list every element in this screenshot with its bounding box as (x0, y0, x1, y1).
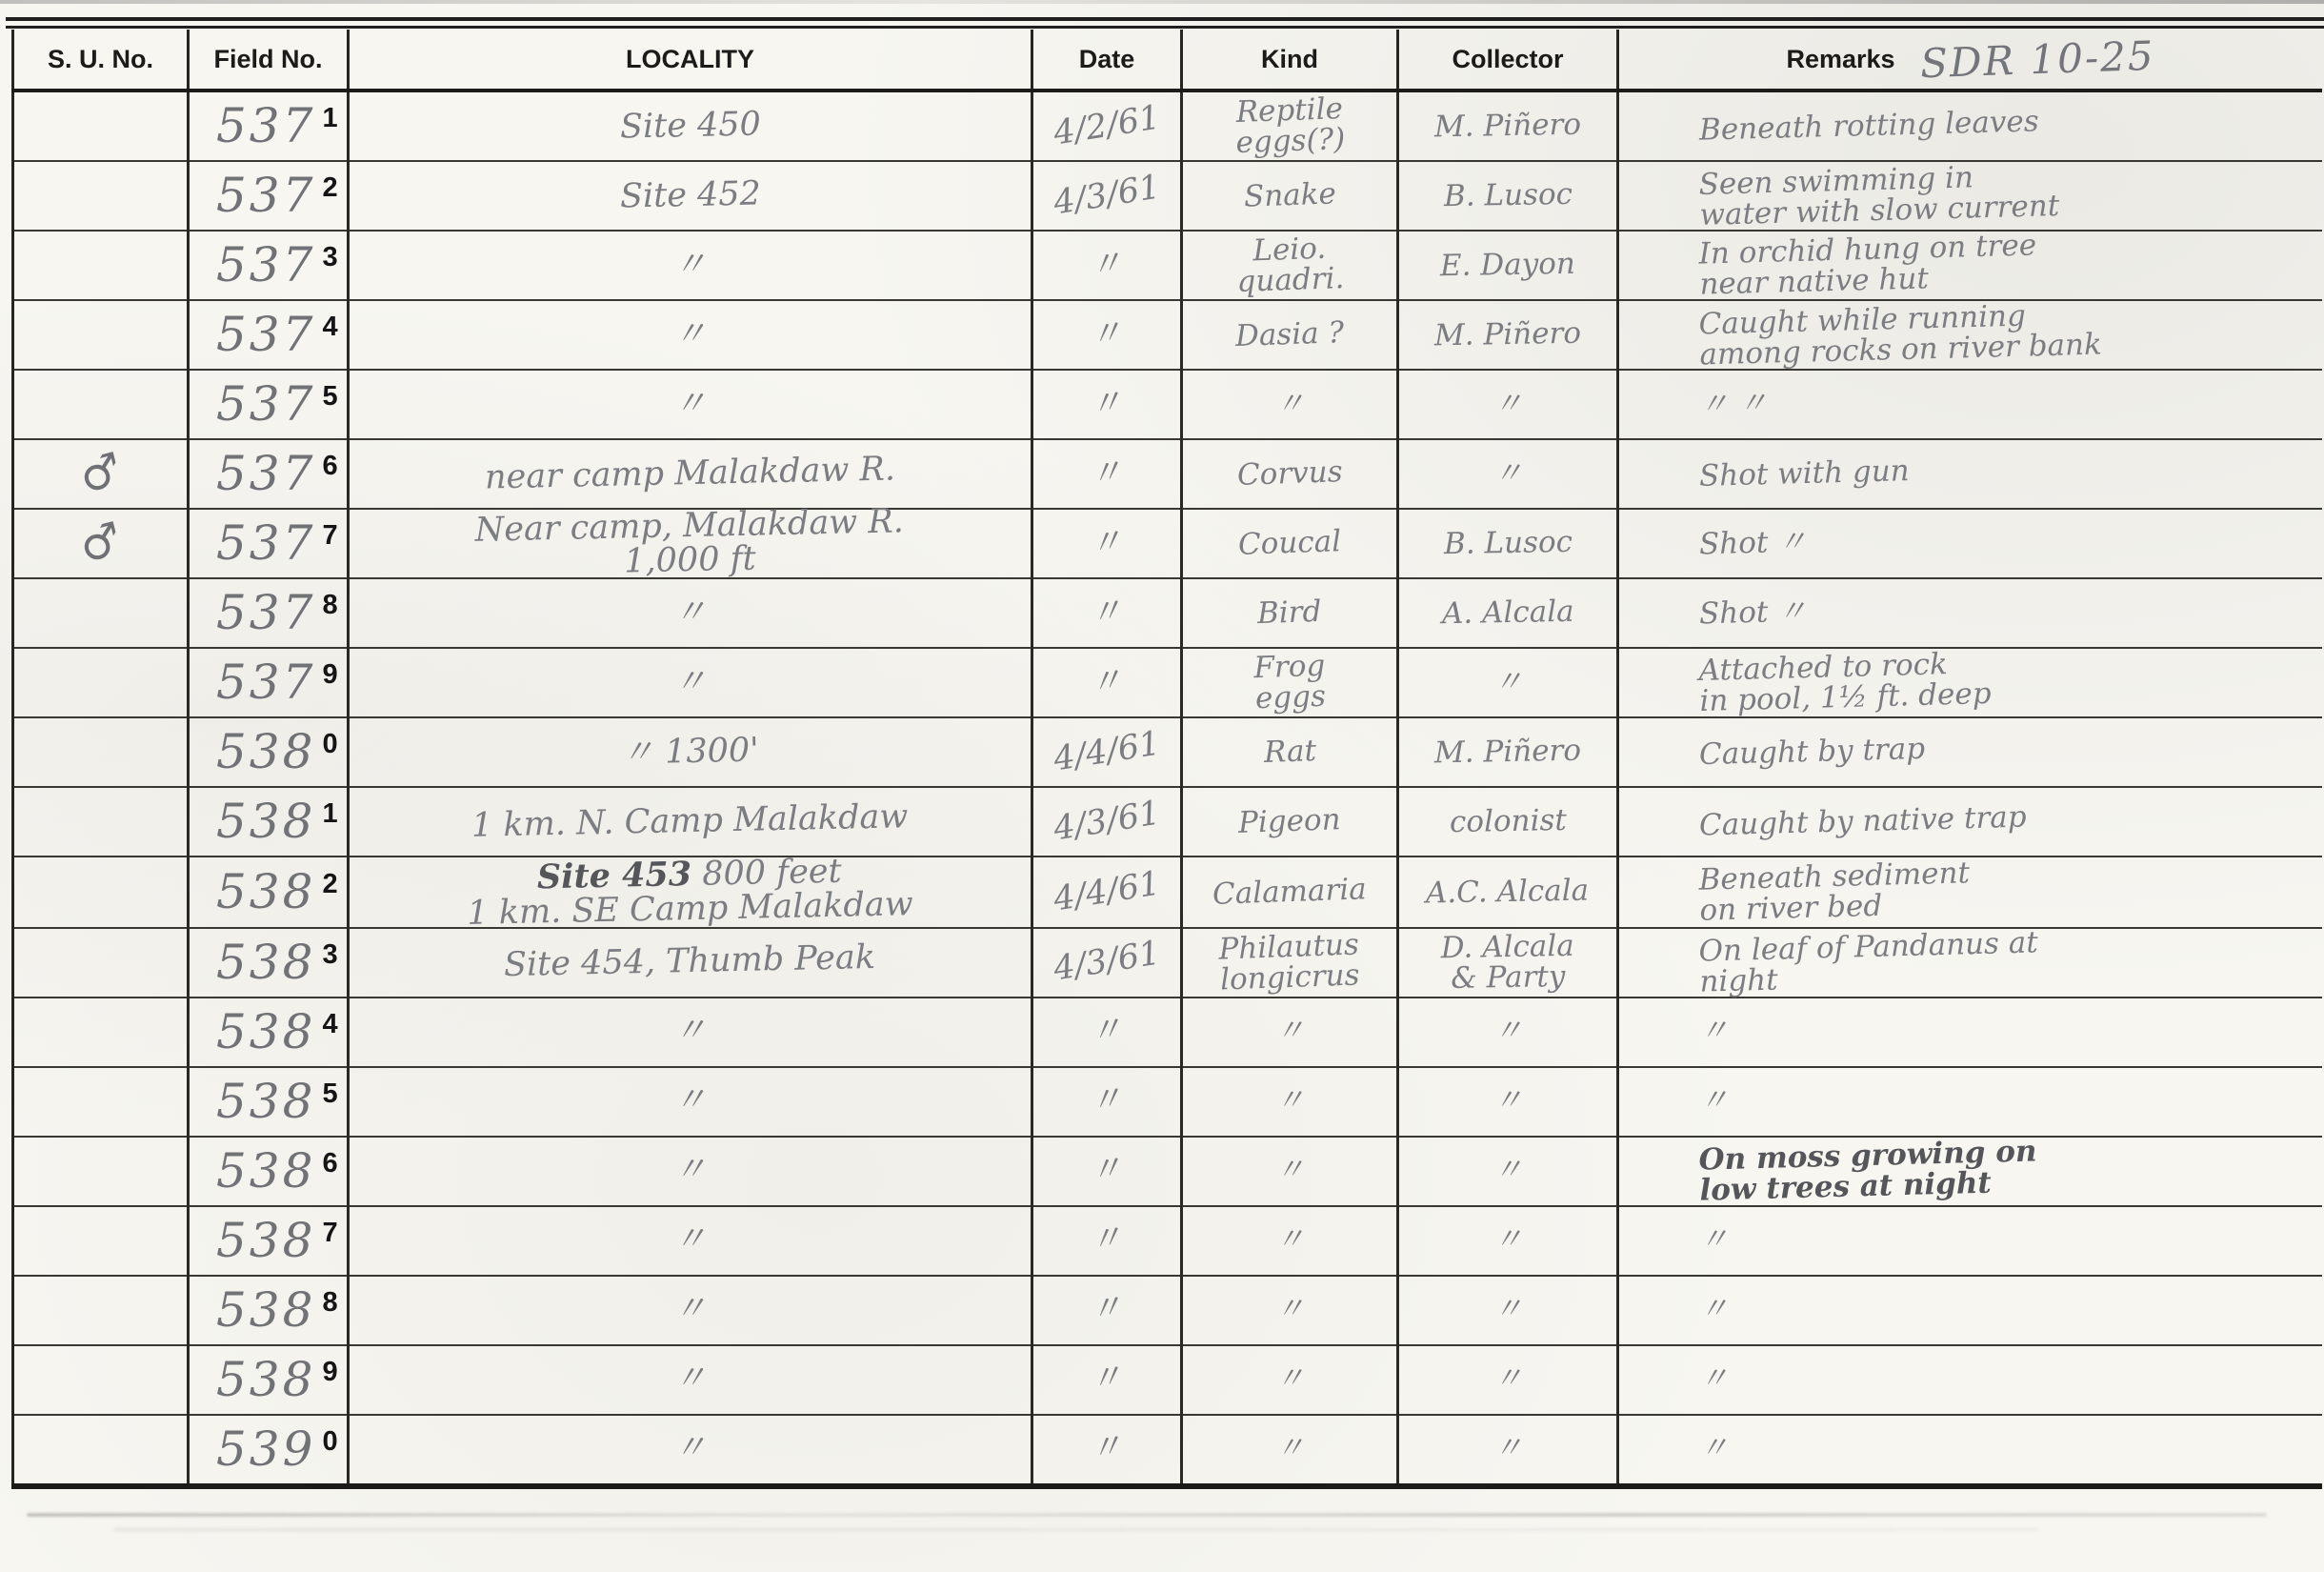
handwritten-entry: Snake (1243, 179, 1336, 212)
handwritten-entry: 〃 (1088, 524, 1126, 563)
kind-cell: Coucal (1182, 509, 1398, 578)
handwritten-entry: D. Alcala & Party (1440, 931, 1574, 994)
handwritten-entry: Frog eggs (1252, 652, 1326, 715)
handwritten-entry: Shot 〃 (1699, 527, 1808, 560)
scanned-ledger-page: { "colors": { "paper": "#f7f6f1", "print… (0, 0, 2324, 1572)
collector-cell: 〃 (1398, 1276, 1618, 1345)
handwritten-field-number: 538 (216, 794, 315, 849)
top-double-rule-lower (6, 26, 2324, 29)
handwritten-field-number: 537 (216, 655, 315, 710)
remarks-cell: 〃 (1618, 1067, 2322, 1137)
collector-cell: 〃 (1398, 370, 1618, 439)
date-cell: 〃 (1032, 578, 1182, 648)
su-no-cell (13, 1206, 189, 1276)
remarks-cell: Beneath sediment on river bed (1618, 857, 2322, 927)
handwritten-entry: Site 450 (619, 108, 761, 145)
locality-cell: 1 km. N. Camp Malakdaw (349, 787, 1032, 857)
remarks-label: Remarks (1786, 45, 1894, 74)
field-no-cell: 5380 (189, 717, 349, 787)
field-no-cell: 5387 (189, 1206, 349, 1276)
collector-cell: 〃 (1398, 1206, 1618, 1276)
date-cell: 4/4/61 (1032, 857, 1182, 927)
handwritten-entry: 1 km. N. Camp Malakdaw (471, 800, 909, 843)
remarks-cell: In orchid hung on tree near native hut (1618, 231, 2322, 300)
date-cell: 〃 (1032, 300, 1182, 370)
date-cell: 〃 (1032, 1345, 1182, 1415)
ledger-row: 5386〃〃〃〃On moss growing on low trees at … (13, 1137, 2322, 1206)
ledger-row: 5387〃〃〃〃〃 (13, 1206, 2322, 1276)
printed-row-digit: 2 (322, 869, 337, 899)
remarks-cell: On moss growing on low trees at night (1618, 1137, 2322, 1206)
handwritten-entry: 〃 (1493, 1364, 1523, 1395)
ledger-row: 5375〃〃〃〃〃 〃 (13, 370, 2322, 439)
su-no-cell: ♂ (13, 439, 189, 509)
ledger-row: 5379〃〃Frog eggs〃Attached to rock in pool… (13, 648, 2322, 717)
field-no-cell: 5390 (189, 1415, 349, 1486)
handwritten-field-number: 537 (216, 237, 315, 292)
date-cell: 4/4/61 (1032, 717, 1182, 787)
handwritten-entry: 〃 (1493, 1225, 1523, 1256)
kind-cell: Dasia ? (1182, 300, 1398, 370)
handwritten-entry: On leaf of Pandanus at night (1698, 928, 2039, 998)
handwritten-entry: 〃 (1493, 668, 1523, 698)
handwritten-entry: 〃 (1274, 1156, 1305, 1187)
handwritten-entry: 〃 (673, 1015, 708, 1049)
remarks-cell: Shot 〃 (1618, 509, 2322, 578)
printed-row-digit: 7 (322, 1218, 337, 1248)
kind-cell: 〃 (1182, 1137, 1398, 1206)
handwritten-entry: 4/4/61 (1052, 727, 1163, 777)
kind-cell: Rat (1182, 717, 1398, 787)
handwritten-entry: Coucal (1237, 527, 1341, 560)
locality-cell: 〃 (349, 998, 1032, 1067)
locality-cell: Site 453 800 feet 1 km. SE Camp Malakdaw (349, 857, 1032, 927)
ledger-row: ♂5377Near camp, Malakdaw R. 1,000 ft〃Cou… (13, 509, 2322, 578)
collector-cell: colonist (1398, 787, 1618, 857)
ledger-row: 5380〃 1300'4/4/61RatM. PiñeroCaught by t… (13, 717, 2322, 787)
overwritten-site-number: Site 453 (537, 855, 692, 897)
handwritten-entry: 〃 (1088, 1360, 1126, 1400)
kind-cell: Frog eggs (1182, 648, 1398, 717)
su-no-cell (13, 787, 189, 857)
handwritten-field-number: 538 (216, 935, 315, 990)
collector-cell: 〃 (1398, 1137, 1618, 1206)
handwritten-entry: Shot 〃 (1699, 597, 1808, 631)
handwritten-entry: 〃 1300' (621, 735, 760, 772)
handwritten-entry: Beneath rotting leaves (1699, 107, 2039, 146)
handwritten-entry: 〃 (1493, 1434, 1523, 1464)
handwritten-entry: Bird (1257, 597, 1322, 630)
handwritten-entry: On moss growing on low trees at night (1698, 1137, 2037, 1205)
handwritten-entry: Shot with gun (1699, 456, 1910, 492)
ledger-row: 53811 km. N. Camp Malakdaw4/3/61Pigeonco… (13, 787, 2322, 857)
date-cell: 〃 (1032, 1206, 1182, 1276)
handwritten-entry: 〃 (1274, 1434, 1305, 1465)
printed-row-digit: 3 (322, 939, 337, 970)
su-no-cell (13, 231, 189, 300)
date-cell: 〃 (1032, 1276, 1182, 1345)
handwritten-entry: 〃 (1699, 1295, 1730, 1325)
date-cell: 4/3/61 (1032, 787, 1182, 857)
printed-row-digit: 5 (322, 1078, 337, 1109)
su-no-cell: ♂ (13, 509, 189, 578)
locality-cell: 〃 (349, 370, 1032, 439)
ledger-row: 5383Site 454, Thumb Peak4/3/61Philautus … (13, 928, 2322, 998)
locality-cell: near camp Malakdaw R. (349, 439, 1032, 509)
handwritten-entry: 〃 (1088, 454, 1126, 494)
locality-cell: 〃 (349, 1415, 1032, 1486)
handwritten-entry: In orchid hung on tree near native hut (1698, 231, 2037, 299)
date-cell: 〃 (1032, 648, 1182, 717)
printed-row-digit: 8 (322, 590, 337, 620)
locality-cell: Site 452 (349, 161, 1032, 231)
collector-cell: 〃 (1398, 1345, 1618, 1415)
kind-cell: 〃 (1182, 1345, 1398, 1415)
field-no-cell: 5374 (189, 300, 349, 370)
handwritten-entry: Philautus longicrus (1218, 930, 1361, 995)
handwritten-entry: Beneath sediment on river bed (1698, 858, 1971, 926)
handwritten-entry: 〃 (1493, 389, 1523, 419)
col-header-su-no: S. U. No. (13, 30, 189, 91)
handwritten-entry: 〃 (1088, 315, 1126, 354)
date-cell: 〃 (1032, 998, 1182, 1067)
collector-cell: M. Piñero (1398, 717, 1618, 787)
remarks-cell: Caught by trap (1618, 717, 2322, 787)
remarks-cell: On leaf of Pandanus at night (1618, 928, 2322, 998)
handwritten-entry: 4/3/61 (1052, 171, 1163, 221)
handwritten-entry: Dasia ? (1234, 318, 1344, 353)
handwritten-field-number: 537 (216, 515, 315, 571)
collector-cell: M. Piñero (1398, 91, 1618, 161)
field-no-cell: 5388 (189, 1276, 349, 1345)
kind-cell: 〃 (1182, 370, 1398, 439)
collector-cell: A. Alcala (1398, 578, 1618, 648)
handwritten-entry: Caught by trap (1699, 735, 1926, 771)
locality-cell: 〃 (349, 1137, 1032, 1206)
date-cell: 〃 (1032, 439, 1182, 509)
handwritten-entry: colonist (1449, 806, 1566, 838)
ledger-row: 5373〃〃Leio. quadri.E. DayonIn orchid hun… (13, 231, 2322, 300)
collector-cell: 〃 (1398, 998, 1618, 1067)
su-no-cell (13, 998, 189, 1067)
locality-cell: 〃 (349, 231, 1032, 300)
handwritten-entry: 〃 (1699, 1364, 1730, 1395)
printed-row-digit: 4 (322, 312, 337, 342)
field-no-cell: 5372 (189, 161, 349, 231)
field-no-cell: 5378 (189, 578, 349, 648)
handwritten-entry: 〃 (1088, 1221, 1126, 1260)
col-header-remarks: Remarks SDR 10-25 (1618, 30, 2322, 91)
remarks-cell: Caught while running among rocks on rive… (1618, 300, 2322, 370)
handwritten-entry: 〃 (673, 1154, 708, 1188)
handwritten-entry: 〃 (673, 1432, 708, 1466)
kind-cell: 〃 (1182, 1276, 1398, 1345)
handwritten-field-number: 537 (216, 376, 315, 432)
handwritten-entry: 〃 (673, 317, 708, 352)
handwritten-field-number: 538 (216, 1004, 315, 1059)
handwritten-entry: A.C. Alcala (1426, 876, 1590, 909)
scan-smudge-line-faint (114, 1528, 2038, 1531)
handwritten-entry: 〃 (1088, 246, 1126, 285)
handwritten-entry: Attached to rock in pool, 1½ ft. deep (1698, 649, 1992, 716)
kind-cell: 〃 (1182, 998, 1398, 1067)
ledger-row: 5385〃〃〃〃〃 (13, 1067, 2322, 1137)
field-no-cell: 5371 (189, 91, 349, 161)
handwritten-field-number: 538 (216, 1213, 315, 1268)
handwritten-field-number: 538 (216, 1352, 315, 1407)
handwritten-entry: near camp Malakdaw R. (485, 453, 896, 495)
handwritten-entry: ♂ (75, 447, 127, 502)
kind-cell: 〃 (1182, 1067, 1398, 1137)
field-no-cell: 5386 (189, 1137, 349, 1206)
handwritten-field-number: 538 (216, 1282, 315, 1338)
remarks-cell: Seen swimming in water with slow current (1618, 161, 2322, 231)
handwritten-entry: 〃 (673, 1223, 708, 1258)
date-cell: 〃 (1032, 1067, 1182, 1137)
collector-cell: A.C. Alcala (1398, 857, 1618, 927)
handwritten-entry: M. Piñero (1434, 110, 1582, 142)
printed-row-digit: 5 (322, 381, 337, 412)
printed-row-digit: 3 (322, 242, 337, 272)
kind-cell: Pigeon (1182, 787, 1398, 857)
collector-cell: 〃 (1398, 1067, 1618, 1137)
handwritten-entry: 〃 (1493, 1017, 1523, 1047)
printed-row-digit: 0 (322, 729, 337, 759)
handwritten-entry: 〃 (1699, 1225, 1730, 1256)
su-no-cell (13, 1137, 189, 1206)
field-no-cell: 5382 (189, 857, 349, 927)
handwritten-entry: 〃 (1088, 1013, 1126, 1052)
handwritten-field-number: 538 (216, 1074, 315, 1129)
handwritten-entry: 〃 (1088, 1291, 1126, 1330)
ledger-row: 5389〃〃〃〃〃 (13, 1345, 2322, 1415)
handwritten-field-number: 537 (216, 98, 315, 153)
collector-cell: M. Piñero (1398, 300, 1618, 370)
handwritten-entry: Calamaria (1212, 875, 1368, 910)
locality-cell: 〃 (349, 300, 1032, 370)
handwritten-entry: Rat (1263, 736, 1316, 769)
su-no-cell (13, 717, 189, 787)
table-header: S. U. No. Field No. LOCALITY Date Kind C… (13, 30, 2322, 91)
locality-cell: 〃 1300' (349, 717, 1032, 787)
handwritten-entry: 4/2/61 (1052, 101, 1163, 151)
handwritten-entry: Pigeon (1238, 805, 1342, 838)
handwritten-entry: Leio. quadri. (1235, 233, 1345, 297)
kind-cell: Corvus (1182, 439, 1398, 509)
handwritten-field-number: 537 (216, 446, 315, 501)
date-cell: 〃 (1032, 231, 1182, 300)
handwritten-entry: A. Alcala (1441, 597, 1573, 630)
date-cell: 〃 (1032, 1415, 1182, 1486)
ledger-row: 5390〃〃〃〃〃 (13, 1415, 2322, 1486)
field-no-cell: 5385 (189, 1067, 349, 1137)
scan-edge-artifact (0, 0, 2324, 4)
ledger-row: 5374〃〃Dasia ?M. PiñeroCaught while runni… (13, 300, 2322, 370)
su-no-cell (13, 161, 189, 231)
locality-cell: Near camp, Malakdaw R. 1,000 ft (349, 509, 1032, 578)
remarks-cell: 〃 (1618, 1415, 2322, 1486)
printed-row-digit: 7 (322, 520, 337, 551)
printed-row-digit: 8 (322, 1287, 337, 1318)
su-no-cell (13, 370, 189, 439)
su-no-cell (13, 578, 189, 648)
col-header-kind: Kind (1182, 30, 1398, 91)
kind-cell: Reptile eggs(?) (1182, 91, 1398, 161)
remarks-cell: Caught by native trap (1618, 787, 2322, 857)
kind-cell: Philautus longicrus (1182, 928, 1398, 998)
date-cell: 〃 (1032, 509, 1182, 578)
handwritten-entry: 〃 (1493, 1156, 1523, 1186)
handwritten-page-code: SDR 10-25 (1919, 31, 2155, 87)
printed-row-digit: 4 (322, 1009, 337, 1039)
su-no-cell (13, 1276, 189, 1345)
collector-cell: D. Alcala & Party (1398, 928, 1618, 998)
date-cell: 〃 (1032, 370, 1182, 439)
handwritten-entry: Corvus (1236, 457, 1343, 491)
handwritten-entry: 〃 (1493, 458, 1523, 489)
handwritten-entry: M. Piñero (1434, 736, 1582, 769)
handwritten-entry: 〃 (673, 596, 708, 631)
handwritten-entry: 4/3/61 (1052, 796, 1163, 847)
handwritten-field-number: 538 (216, 724, 315, 779)
field-no-cell: 5383 (189, 928, 349, 998)
kind-cell: Calamaria (1182, 857, 1398, 927)
handwritten-field-number: 538 (216, 1143, 315, 1199)
remarks-cell: 〃 (1618, 998, 2322, 1067)
handwritten-field-number: 537 (216, 168, 315, 223)
handwritten-entry: 〃 (673, 1362, 708, 1397)
printed-row-digit: 1 (322, 798, 337, 829)
su-no-cell (13, 857, 189, 927)
remarks-cell: Beneath rotting leaves (1618, 91, 2322, 161)
printed-row-digit: 1 (322, 103, 337, 133)
handwritten-entry: 〃 (1699, 1017, 1730, 1047)
collector-cell: E. Dayon (1398, 231, 1618, 300)
handwritten-field-number: 538 (216, 864, 315, 919)
handwritten-entry: E. Dayon (1440, 249, 1575, 281)
remarks-cell: Shot with gun (1618, 439, 2322, 509)
col-header-locality: LOCALITY (349, 30, 1032, 91)
su-no-cell (13, 1345, 189, 1415)
col-header-collector: Collector (1398, 30, 1618, 91)
kind-cell: Leio. quadri. (1182, 231, 1398, 300)
field-no-cell: 5375 (189, 370, 349, 439)
handwritten-entry: 4/3/61 (1052, 937, 1163, 988)
handwritten-entry: 〃 (673, 1084, 708, 1119)
handwritten-entry: 〃 (1088, 385, 1126, 424)
handwritten-entry: Reptile eggs(?) (1234, 94, 1346, 158)
handwritten-entry: ♂ (75, 516, 127, 572)
kind-cell: Snake (1182, 161, 1398, 231)
handwritten-entry: 〃 (1088, 1082, 1126, 1121)
ledger-row: 5384〃〃〃〃〃 (13, 998, 2322, 1067)
locality-cell: 〃 (349, 1067, 1032, 1137)
col-header-date: Date (1032, 30, 1182, 91)
remarks-cell: 〃 (1618, 1276, 2322, 1345)
handwritten-entry: Near camp, Malakdaw R. 1,000 ft (475, 505, 906, 582)
kind-cell: Bird (1182, 578, 1398, 648)
remarks-cell: 〃 (1618, 1206, 2322, 1276)
ledger-row: 5372Site 4524/3/61SnakeB. LusocSeen swim… (13, 161, 2322, 231)
table-body: 5371Site 4504/2/61Reptile eggs(?)M. Piñe… (13, 91, 2322, 1486)
date-cell: 4/3/61 (1032, 928, 1182, 998)
handwritten-entry: 〃 (1274, 1364, 1305, 1396)
top-double-rule (6, 17, 2324, 21)
collector-cell: 〃 (1398, 1415, 1618, 1486)
su-no-cell (13, 648, 189, 717)
su-no-cell (13, 91, 189, 161)
printed-row-digit: 6 (322, 1148, 337, 1179)
remarks-cell: Shot 〃 (1618, 578, 2322, 648)
collector-cell: 〃 (1398, 648, 1618, 717)
field-no-cell: 5381 (189, 787, 349, 857)
handwritten-entry: 〃 (1274, 389, 1305, 420)
remarks-cell: 〃 (1618, 1345, 2322, 1415)
ledger-page: S. U. No. Field No. LOCALITY Date Kind C… (0, 0, 2324, 1572)
ledger-row: 5378〃〃BirdA. AlcalaShot 〃 (13, 578, 2322, 648)
handwritten-field-number: 537 (216, 585, 315, 640)
handwritten-entry: 〃 (1274, 1086, 1305, 1118)
handwritten-entry: 〃 (1088, 595, 1126, 634)
collector-cell: 〃 (1398, 439, 1618, 509)
specimen-ledger-table: S. U. No. Field No. LOCALITY Date Kind C… (11, 30, 2322, 1489)
locality-cell: 〃 (349, 648, 1032, 717)
date-cell: 4/2/61 (1032, 91, 1182, 161)
handwritten-entry: 〃 (1274, 1225, 1305, 1257)
handwritten-entry: 〃 (673, 387, 708, 421)
kind-cell: 〃 (1182, 1206, 1398, 1276)
locality-cell: Site 454, Thumb Peak (349, 928, 1032, 998)
handwritten-entry: 〃 (673, 1293, 708, 1327)
su-no-cell (13, 300, 189, 370)
handwritten-entry: Site 454, Thumb Peak (504, 941, 876, 983)
collector-cell: B. Lusoc (1398, 161, 1618, 231)
handwritten-entry: 〃 (1699, 1434, 1730, 1464)
su-no-cell (13, 1415, 189, 1486)
remarks-cell: Attached to rock in pool, 1½ ft. deep (1618, 648, 2322, 717)
handwritten-entry: Caught by native trap (1699, 803, 2027, 842)
remarks-cell: 〃 〃 (1618, 370, 2322, 439)
locality-cell: 〃 (349, 578, 1032, 648)
ledger-row: ♂5376near camp Malakdaw R.〃Corvus〃Shot w… (13, 439, 2322, 509)
handwritten-entry: 〃 (1088, 1152, 1126, 1191)
collector-cell: B. Lusoc (1398, 509, 1618, 578)
handwritten-entry: 〃 (1274, 1295, 1305, 1326)
locality-cell: 〃 (349, 1276, 1032, 1345)
printed-row-digit: 9 (322, 1357, 337, 1387)
handwritten-entry: M. Piñero (1434, 318, 1582, 351)
date-cell: 4/3/61 (1032, 161, 1182, 231)
handwritten-field-number: 539 (216, 1421, 315, 1477)
ledger-row: 5382Site 453 800 feet 1 km. SE Camp Mala… (13, 857, 2322, 927)
field-no-cell: 5376 (189, 439, 349, 509)
printed-row-digit: 2 (322, 172, 337, 203)
handwritten-entry: 〃 (1699, 1086, 1730, 1117)
handwritten-entry: Site 453 800 feet 1 km. SE Camp Malakdaw (467, 853, 914, 931)
field-no-cell: 5373 (189, 231, 349, 300)
field-no-cell: 5384 (189, 998, 349, 1067)
handwritten-entry: 〃 (1088, 1430, 1126, 1469)
su-no-cell (13, 1067, 189, 1137)
handwritten-entry: B. Lusoc (1443, 528, 1573, 560)
ledger-row: 5371Site 4504/2/61Reptile eggs(?)M. Piñe… (13, 91, 2322, 161)
handwritten-entry: 〃 (673, 248, 708, 282)
field-no-cell: 5389 (189, 1345, 349, 1415)
kind-cell: 〃 (1182, 1415, 1398, 1486)
ledger-row: 5388〃〃〃〃〃 (13, 1276, 2322, 1345)
handwritten-entry: 〃 (1088, 664, 1126, 703)
handwritten-entry: 〃 〃 (1699, 389, 1769, 420)
